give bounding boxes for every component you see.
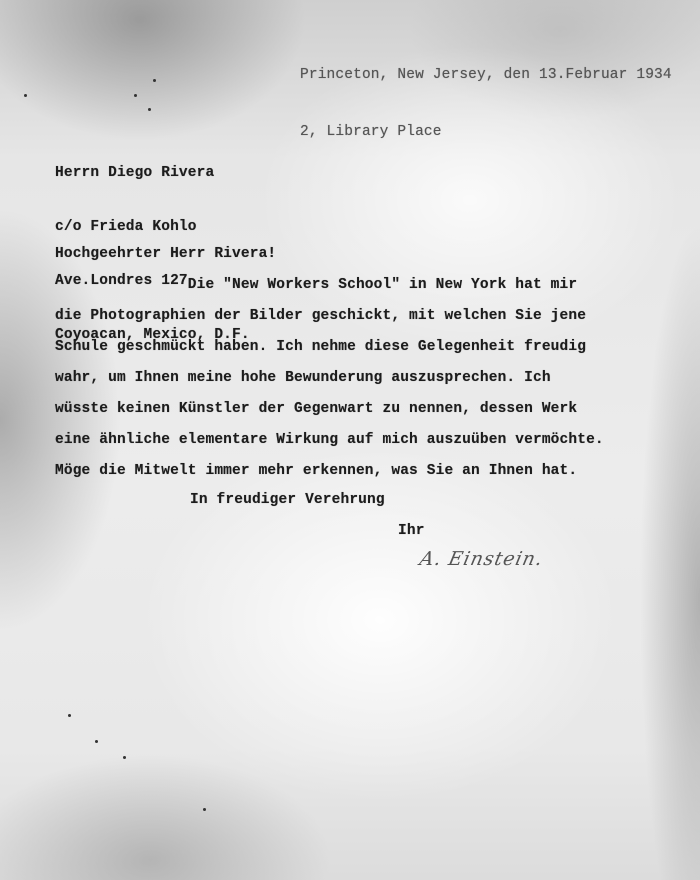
body-line: Möge die Mitwelt immer mehr erkennen, wa… bbox=[55, 463, 577, 479]
place-and-date: Princeton, New Jersey, den 13.Februar 19… bbox=[300, 66, 672, 85]
handwritten-signature: A. Einstein. bbox=[418, 548, 546, 570]
body-line: wahr, um Ihnen meine hohe Bewunderung au… bbox=[55, 370, 551, 386]
valediction: Ihr bbox=[398, 523, 425, 539]
closing-phrase: In freudiger Verehrung bbox=[190, 492, 385, 508]
scanned-letter-page: Princeton, New Jersey, den 13.Februar 19… bbox=[0, 0, 700, 880]
street-address: 2, Library Place bbox=[300, 123, 672, 142]
body-line: Schule geschmückt haben. Ich nehme diese… bbox=[55, 339, 586, 355]
paper-speck bbox=[148, 108, 151, 111]
paper-speck bbox=[153, 79, 156, 82]
paper-speck bbox=[134, 94, 137, 97]
salutation: Hochgeehrter Herr Rivera! bbox=[55, 246, 276, 262]
paper-speck bbox=[203, 808, 206, 811]
body-line: eine ähnliche elementare Wirkung auf mic… bbox=[55, 432, 604, 448]
recipient-care-of: c/o Frieda Kohlo bbox=[55, 218, 250, 236]
paper-speck bbox=[24, 94, 27, 97]
paper-speck bbox=[123, 756, 126, 759]
paper-speck bbox=[68, 714, 71, 717]
letter-header: Princeton, New Jersey, den 13.Februar 19… bbox=[300, 28, 672, 180]
body-line: wüsste keinen Künstler der Gegenwart zu … bbox=[55, 401, 577, 417]
recipient-name: Herrn Diego Rivera bbox=[55, 164, 250, 182]
body-line: Die "New Workers School" in New York hat… bbox=[55, 277, 577, 293]
body-line: die Photographien der Bilder geschickt, … bbox=[55, 308, 586, 324]
paper-speck bbox=[95, 740, 98, 743]
